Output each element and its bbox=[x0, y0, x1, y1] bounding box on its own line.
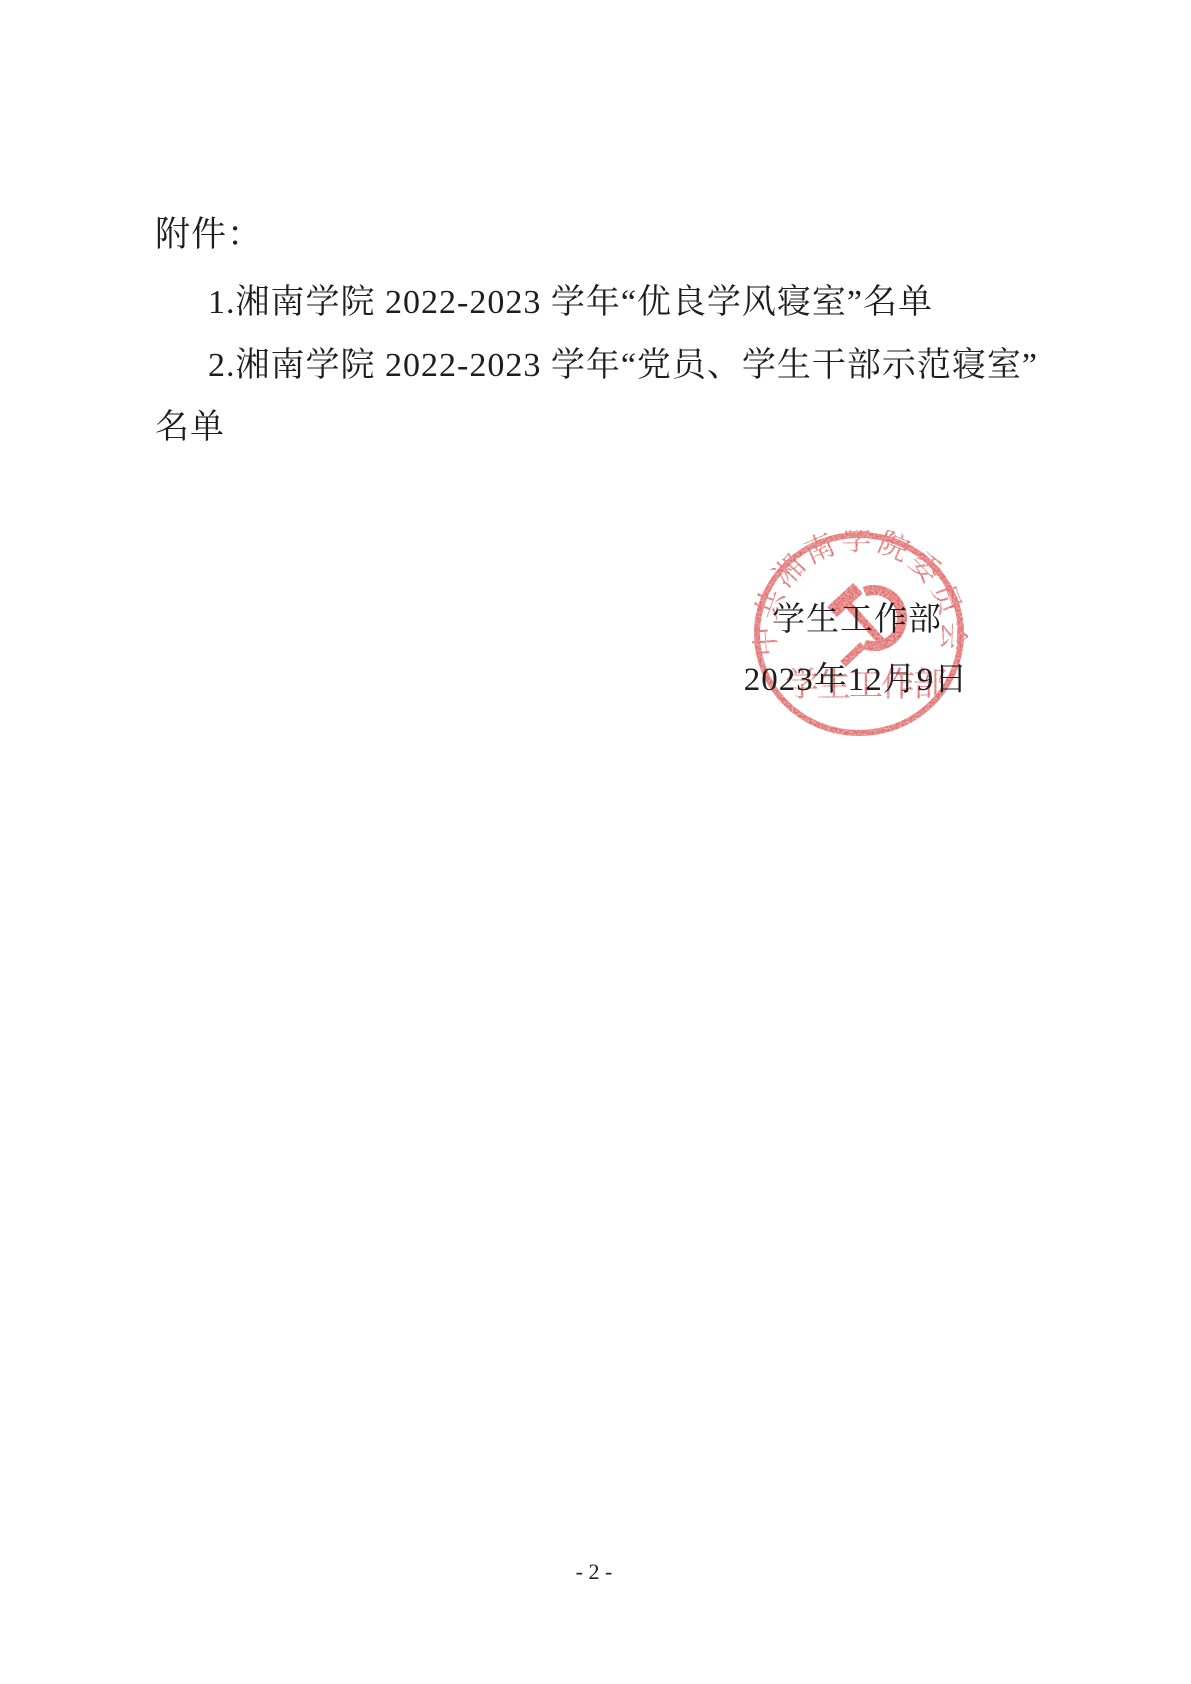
page-number: - 2 - bbox=[576, 1561, 613, 1583]
attachment-item-2: 2.湘南学院 2022-2023 学年“党员、学生干部示范寝室” bbox=[208, 349, 1038, 383]
attachment-item-2-continuation: 名单 bbox=[155, 411, 225, 445]
attachment-item-1: 1.湘南学院 2022-2023 学年“优良学风寝室”名单 bbox=[208, 286, 933, 320]
document-page: 附件： 1.湘南学院 2022-2023 学年“优良学风寝室”名单 2.湘南学院… bbox=[0, 0, 1191, 1684]
attachment-label: 附件： bbox=[155, 217, 263, 252]
signature-date: 2023年12月9日 bbox=[744, 664, 969, 697]
signature-department: 学生工作部 bbox=[772, 604, 942, 637]
